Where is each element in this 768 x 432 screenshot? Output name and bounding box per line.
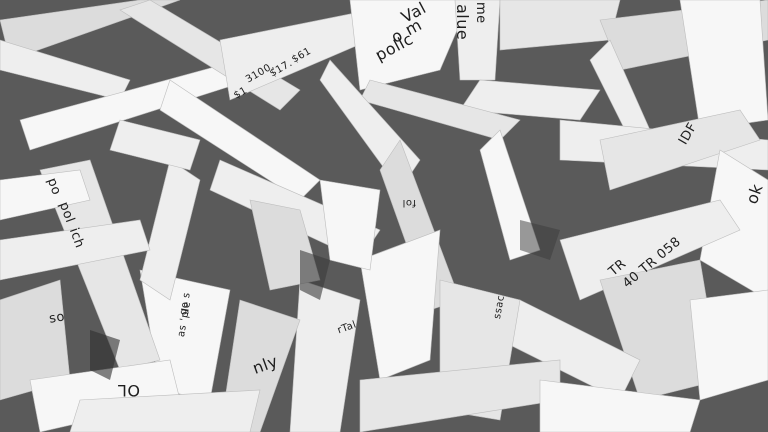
text-fragment: me [473,2,488,24]
shredded-paper-photo: Val o m pollc alue me $61 $17. 3100, $1 … [0,0,768,432]
paper-strips [0,0,768,432]
text-fragment: alue [453,4,472,40]
text-fragment: fol [402,197,416,208]
text-fragment: so [48,309,66,327]
text-fragment: OL [117,381,140,400]
